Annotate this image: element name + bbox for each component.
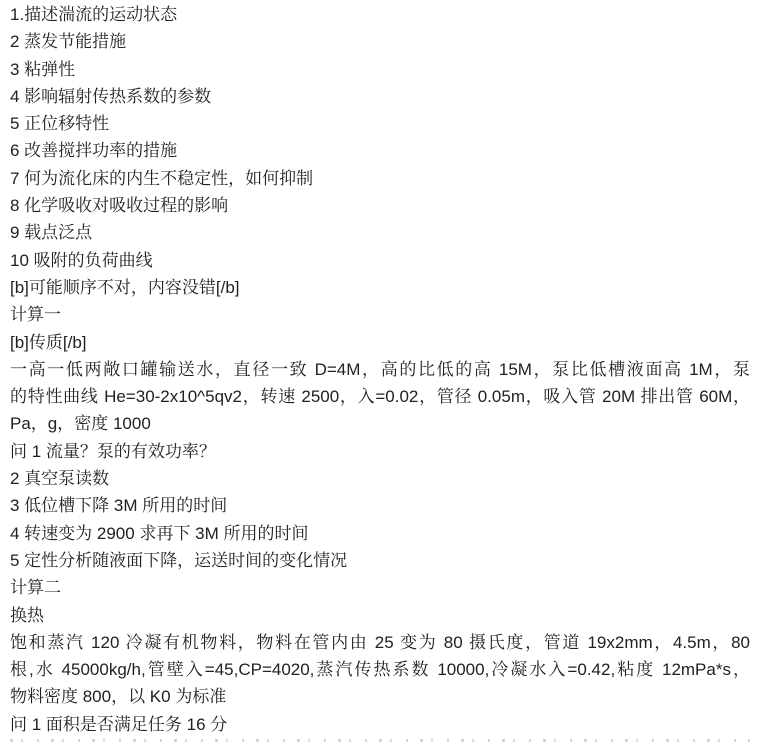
- calc-one-body-line-1: 一高一低两敞口罐输送水，直径一致 D=4M，高的比低的高 15M，泵比低槽液面高…: [10, 356, 750, 383]
- calc-one-body-line-3: Pa，g，密度 1000: [10, 410, 750, 437]
- calc-one-question-5: 5 定性分析随液面下降，运送时间的变化情况: [10, 547, 750, 574]
- calc-one-topic: [b]传质[/b]: [10, 329, 750, 356]
- short-question-7: 7 何为流化床的内生不稳定性，如何抑制: [10, 165, 750, 192]
- calc-one-question-4: 4 转速变为 2900 求再下 3M 所用的时间: [10, 520, 750, 547]
- calc-one-title: 计算一: [10, 301, 750, 328]
- document-page: 1.描述湍流的运动状态 2 蒸发节能措施 3 粘弹性 4 影响辐射传热系数的参数…: [0, 0, 758, 742]
- calc-one-question-2: 2 真空泵读数: [10, 465, 750, 492]
- short-question-8: 8 化学吸收对吸收过程的影响: [10, 192, 750, 219]
- order-note: [b]可能顺序不对，内容没错[/b]: [10, 274, 750, 301]
- calc-one-question-1: 问 1 流量？泵的有效功率？: [10, 438, 750, 465]
- short-question-3: 3 粘弹性: [10, 56, 750, 83]
- short-question-5: 5 正位移特性: [10, 110, 750, 137]
- short-question-4: 4 影响辐射传热系数的参数: [10, 83, 750, 110]
- calc-one-body-line-2: 的特性曲线 He=30-2x10^5qv2，转速 2500，入=0.02，管径 …: [10, 383, 750, 410]
- calc-two-title: 计算二: [10, 574, 750, 601]
- calc-two-question-1: 问 1 面积是否满足任务 16 分: [10, 711, 750, 738]
- short-question-10: 10 吸附的负荷曲线: [10, 247, 750, 274]
- short-question-1: 1.描述湍流的运动状态: [10, 1, 750, 28]
- calc-one-question-3: 3 低位槽下降 3M 所用的时间: [10, 492, 750, 519]
- short-question-9: 9 载点泛点: [10, 219, 750, 246]
- short-question-6: 6 改善搅拌功率的措施: [10, 137, 750, 164]
- calc-two-body-line-2: 根,水 45000kg/h,管壁入=45,CP=4020,蒸汽传热系数 1000…: [10, 656, 750, 683]
- calc-two-body-line-1: 饱和蒸汽 120 冷凝有机物料，物料在管内由 25 变为 80 摄氏度，管道 1…: [10, 629, 750, 656]
- calc-two-body-line-3: 物料密度 800，以 K0 为标准: [10, 683, 750, 710]
- short-question-2: 2 蒸发节能措施: [10, 28, 750, 55]
- calc-two-topic: 换热: [10, 602, 750, 629]
